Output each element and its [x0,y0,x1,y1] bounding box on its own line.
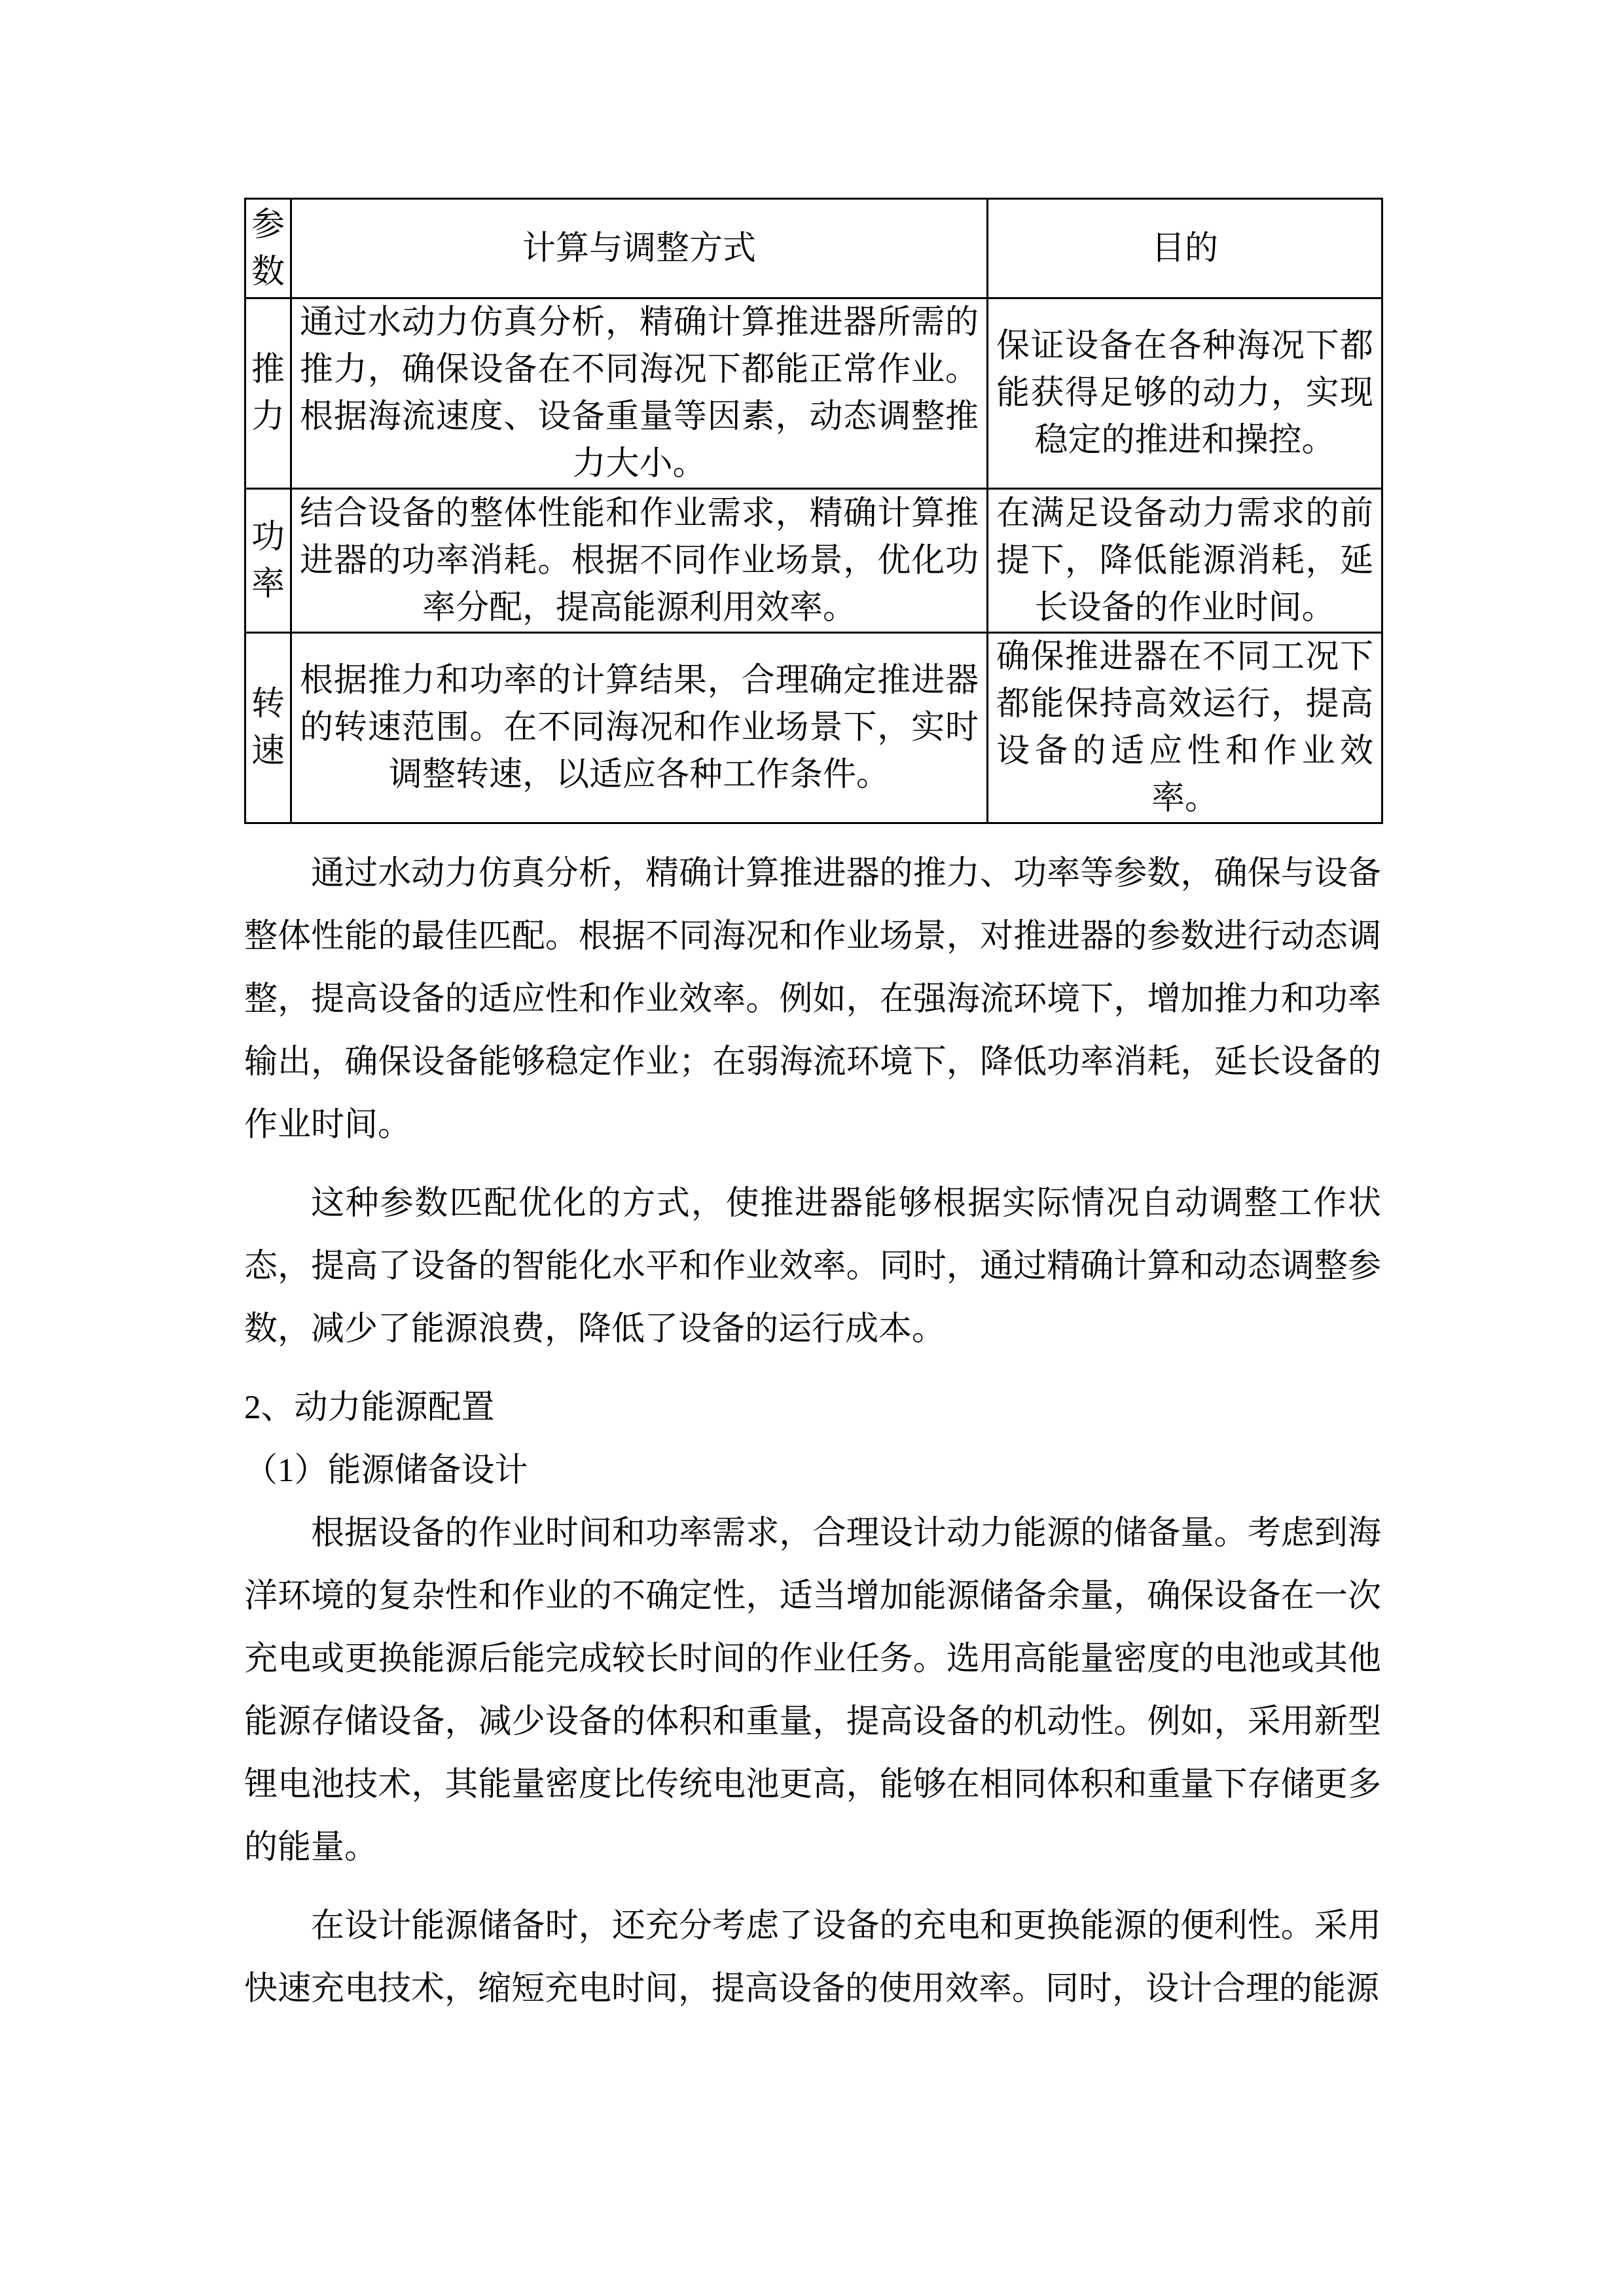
heading-power-energy-config: 2、动力能源配置 [244,1376,1381,1439]
table-cell-power-method: 结合设备的整体性能和作业需求，精确计算推进器的功率消耗。根据不同作业场景，优化功… [291,489,988,633]
table-row-thrust: 推力 通过水动力仿真分析，精确计算推进器所需的推力，确保设备在不同海况下都能正常… [245,298,1382,489]
paragraph-parameter-matching: 通过水动力仿真分析，精确计算推进器的推力、功率等参数，确保与设备整体性能的最佳匹… [244,842,1381,1157]
paragraph-charging-convenience: 在设计能源储备时，还充分考虑了设备的充电和更换能源的便利性。采用快速充电技术，缩… [244,1895,1381,2020]
table-cell-power-purpose: 在满足设备动力需求的前提下，降低能源消耗，延长设备的作业时间。 [988,489,1382,633]
paragraph-energy-reserve: 根据设备的作业时间和功率需求，合理设计动力能源的储备量。考虑到海洋环境的复杂性和… [244,1502,1381,1879]
table-cell-power-param: 功率 [245,489,291,633]
table-header-method: 计算与调整方式 [291,199,988,298]
table-header-row: 参数 计算与调整方式 目的 [245,199,1382,298]
page-content: 参数 计算与调整方式 目的 推力 通过水动力仿真分析，精确计算推进器所需的推力，… [0,0,1624,2020]
table-cell-speed-param: 转速 [245,633,291,823]
parameter-table: 参数 计算与调整方式 目的 推力 通过水动力仿真分析，精确计算推进器所需的推力，… [244,198,1383,824]
table-header-purpose: 目的 [988,199,1382,298]
table-cell-speed-purpose: 确保推进器在不同工况下都能保持高效运行，提高设备的适应性和作业效率。 [988,633,1382,823]
table-cell-thrust-method: 通过水动力仿真分析，精确计算推进器所需的推力，确保设备在不同海况下都能正常作业。… [291,298,988,489]
table-cell-thrust-param: 推力 [245,298,291,489]
table-cell-speed-method: 根据推力和功率的计算结果，合理确定推进器的转速范围。在不同海况和作业场景下，实时… [291,633,988,823]
table-header-param: 参数 [245,199,291,298]
paragraph-optimization-benefit: 这种参数匹配优化的方式，使推进器能够根据实际情况自动调整工作状态，提高了设备的智… [244,1172,1381,1361]
table-row-power: 功率 结合设备的整体性能和作业需求，精确计算推进器的功率消耗。根据不同作业场景，… [245,489,1382,633]
table-cell-thrust-purpose: 保证设备在各种海况下都能获得足够的动力，实现稳定的推进和操控。 [988,298,1382,489]
document-page: 参数 计算与调整方式 目的 推力 通过水动力仿真分析，精确计算推进器所需的推力，… [0,0,1624,2296]
table-row-speed: 转速 根据推力和功率的计算结果，合理确定推进器的转速范围。在不同海况和作业场景下… [245,633,1382,823]
heading-energy-reserve-design: （1）能源储备设计 [244,1439,1381,1502]
